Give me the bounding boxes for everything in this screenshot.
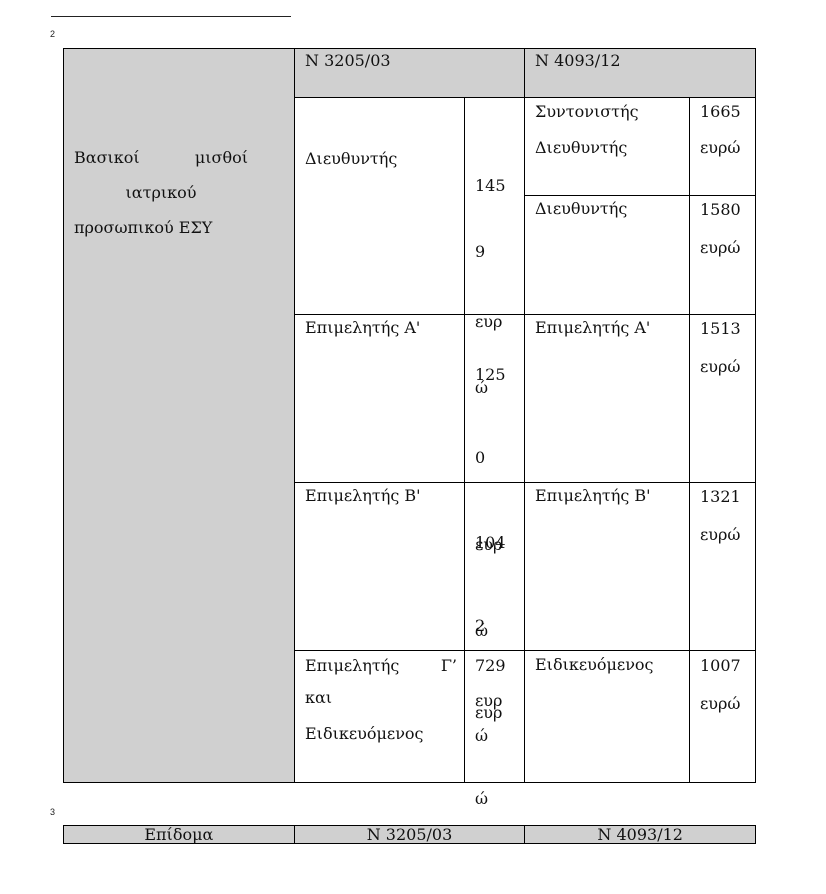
footnote-marker-3: 3 [50,807,55,817]
row-header-word: Βασικοί [74,140,140,175]
allowance-table-header: Επίδομα N 3205/03 N 4093/12 [63,825,756,844]
new-salary-epimelitis-b: 1321 ευρώ [700,486,741,562]
new-salary-epimelitis-a: 1513 ευρώ [700,318,741,394]
new-salary-director: 1580 ευρώ [700,199,741,275]
old-salary-epimelitis-g: 729 ευρ ώ [475,655,506,747]
new-title-epimelitis-a: Επιμελητής Α' [535,318,650,337]
new-title-coord-director: Συντονιστής Διευθυντής [535,100,639,172]
new-salary-specialist: 1007 ευρώ [700,655,741,731]
column-header-old-law: N 3205/03 [305,51,391,70]
row-header-word: μισθοί [195,140,248,175]
header-new-law: N 4093/12 [525,826,755,843]
new-title-director: Διευθυντής [535,199,627,218]
new-title-specialist: Ειδικευόμενος [535,655,654,674]
new-salary-coord-director: 1665 ευρώ [700,100,741,172]
old-title-epimelitis-g: Επιμελητής Γ’ και Ειδικευόμενος [305,655,457,749]
old-title-epimelitis-a: Επιμελητής Α' [305,318,420,337]
footnote-separator [51,16,291,17]
row-header-label: Βασικοί μισθοί ιατρικού προσωπικού ΕΣΥ [74,140,248,245]
header-allowance: Επίδομα [64,826,295,843]
header-old-law: N 3205/03 [295,826,526,843]
row-header-line: ιατρικού [74,175,248,210]
old-title-director: Διευθυντής [305,149,397,168]
column-header-new-law: N 4093/12 [535,51,621,70]
footnote-marker-2: 2 [50,29,55,39]
old-title-epimelitis-b: Επιμελητής Β' [305,486,421,505]
row-header-line: προσωπικού ΕΣΥ [74,210,248,245]
new-title-epimelitis-b: Επιμελητής Β' [535,486,651,505]
